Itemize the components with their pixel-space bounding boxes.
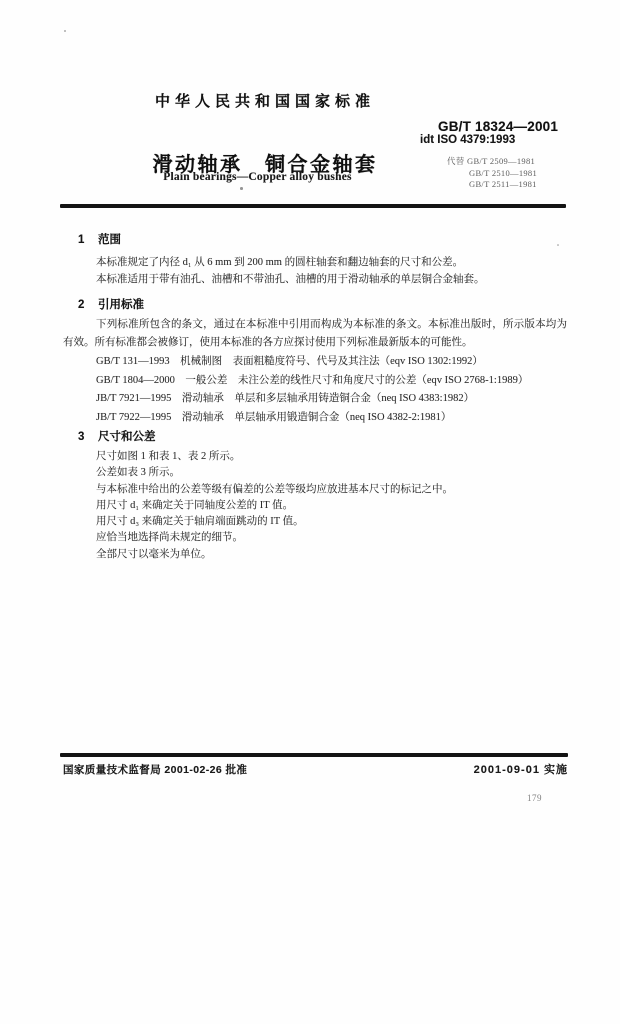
scope-paragraph: 本标准适用于带有油孔、油槽和不带油孔、油槽的用于滑动轴承的单层铜合金轴套。 xyxy=(63,271,601,288)
scan-noise-dot xyxy=(557,244,559,246)
section-title: 引用标准 xyxy=(98,299,144,311)
section-number: 2 xyxy=(78,299,98,311)
section-title: 范围 xyxy=(98,234,121,246)
idt-iso-reference: idt ISO 4379:1993 xyxy=(420,134,515,146)
document-title-english: Plain bearings—Copper alloy bushes xyxy=(60,171,455,183)
dimension-rule-line: 与本标准中给出的公差等级有偏差的公差等级均应放进基本尺寸的标记之中。 xyxy=(63,482,568,498)
scan-noise-dot xyxy=(240,187,243,190)
dimension-rule-line: 尺寸如图 1 和表 1、表 2 所示。 xyxy=(63,449,568,465)
section-title: 尺寸和公差 xyxy=(98,431,156,443)
section-2-heading: 2引用标准 xyxy=(78,296,144,312)
dimension-rule-line: 应恰当地选择尚未规定的细节。 xyxy=(63,530,568,546)
dimension-rule-line: 用尺寸 d₃ 来确定关于轴肩端面跳动的 IT 值。 xyxy=(63,514,568,530)
dimensions-tolerances-list: 尺寸如图 1 和表 1、表 2 所示。 公差如表 3 所示。 与本标准中给出的公… xyxy=(63,449,568,563)
replaced-standard: GB/T 2511—1981 xyxy=(447,179,537,191)
standard-number: GB/T 18324—2001 xyxy=(438,119,558,134)
referenced-standard: JB/T 7922—1995 滑动轴承 单层轴承用锻造铜合金（neq ISO 4… xyxy=(63,409,583,428)
dimension-rule-line: 用尺寸 d₁ 来确定关于同轴度公差的 IT 值。 xyxy=(63,498,568,514)
header-divider-rule xyxy=(60,204,566,208)
scope-paragraph: 本标准规定了内径 d₁ 从 6 mm 到 200 mm 的圆柱轴套和翻边轴套的尺… xyxy=(63,254,601,271)
referenced-standard: GB/T 131—1993 机械制图 表面粗糙度符号、代号及其注法（eqv IS… xyxy=(63,353,583,372)
national-standard-header: 中华人民共和国国家标准 xyxy=(60,90,470,111)
footer-divider-rule xyxy=(60,753,568,757)
dimension-rule-line: 公差如表 3 所示。 xyxy=(63,465,568,481)
referenced-standard: GB/T 1804—2000 一般公差 未注公差的线性尺寸和角度尺寸的公差（eq… xyxy=(63,372,583,391)
section-3-heading: 3尺寸和公差 xyxy=(78,428,156,444)
document-page: 中华人民共和国国家标准 GB/T 18324—2001 idt ISO 4379… xyxy=(0,0,620,1024)
dimension-rule-line: 全部尺寸以毫米为单位。 xyxy=(63,547,568,563)
section-number: 1 xyxy=(78,234,98,246)
page-number: 179 xyxy=(527,793,542,803)
implementation-date: 2001-09-01 实施 xyxy=(474,761,568,777)
section-number: 3 xyxy=(78,431,98,443)
referenced-standard: JB/T 7921—1995 滑动轴承 单层和多层轴承用铸造铜合金（neq IS… xyxy=(63,390,583,409)
scan-noise-dot xyxy=(64,30,66,32)
section-1-heading: 1范围 xyxy=(78,231,121,247)
referenced-standards-intro: 下列标准所包含的条文，通过在本标准中引用而构成为本标准的条文。本标准出版时，所示… xyxy=(63,316,567,352)
approval-authority-date: 国家质量技术监督局 2001-02-26 批准 xyxy=(63,762,247,777)
referenced-standards-list: GB/T 131—1993 机械制图 表面粗糙度符号、代号及其注法（eqv IS… xyxy=(63,353,583,427)
